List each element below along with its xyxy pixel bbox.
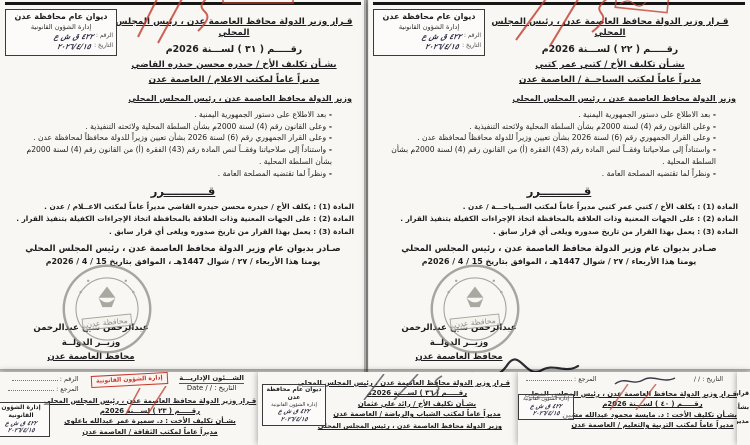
date-field: التاريخ : / / bbox=[694, 374, 723, 384]
handwritten-note bbox=[613, 374, 677, 388]
admin-header-row: الشـــئون الإداريـــة التاريخ : / / Date… bbox=[0, 372, 258, 395]
decree-title-block: قـرار وزير الدولة محافظ العاصمة عدن ، رئ… bbox=[114, 17, 354, 87]
decree-title-block: قـرار وزير الدولة محافظ العاصمة عدن ، رئ… bbox=[482, 17, 738, 87]
number-label: الرقم : bbox=[96, 33, 113, 41]
cutoff-word: بشأن bbox=[737, 400, 749, 414]
legal-box-title: ديوان عام محافظة عدن bbox=[377, 12, 481, 23]
decree-page-bottom-youth-sports: قـرار وزير الدولة محافظ العاصمة عدن ، رئ… bbox=[258, 372, 518, 445]
issued-line: صـادر بديوان عام وزير الدولة محافظ العاص… bbox=[0, 244, 366, 254]
handwritten-date: ٢٠٢٦/٤/١٥ bbox=[424, 42, 460, 52]
legal-affairs-box: ديوان عام محافظة عدن إدارة الشؤون القانو… bbox=[373, 9, 485, 56]
handwritten-number: ٤٢٢ ق ش ع bbox=[421, 32, 463, 42]
legal-box-subtitle: إدارة الشؤون القانونية bbox=[0, 404, 47, 420]
legal-box-subtitle: إدارة الشؤون القانونية bbox=[9, 23, 113, 32]
authority-line: وزير الدولة محافظ العاصمة عدن ، رئيس الم… bbox=[368, 94, 736, 103]
decree-number: رقـــــم ( ٣٦ ) لســـنة 2026م bbox=[324, 388, 510, 398]
legal-box-title: ديوان عام محافظة عدن bbox=[265, 386, 323, 402]
decree-title-block: قـرار وزير الدولة محافظ العاصمة عدن ، رئ… bbox=[42, 396, 258, 437]
preamble-item: وعلى القرار الجمهوري رقم (6) لسنة 2026 ب… bbox=[376, 132, 716, 144]
decree-position: مديراً عاماً لمكتب السياحــة / العاصمة ع… bbox=[482, 75, 738, 86]
preamble-item: وعلى القرار الجمهوري رقم (6) لسنة 2026 ب… bbox=[8, 132, 332, 144]
preamble-list: بعد الاطلاع على دستور الجمهورية اليمنية … bbox=[8, 109, 332, 180]
preamble-item: وعلى القانون رقم (4) لسنة 2000م بشأن الس… bbox=[8, 121, 332, 133]
admin-affairs-header: الشـــئون الإداريـــة التاريخ : / / Date bbox=[179, 374, 244, 393]
admin-header-row: التاريخ : / / المرجع : bbox=[518, 372, 737, 388]
date-en-label: Date bbox=[187, 384, 203, 392]
admin-affairs-label: الشـــئون الإداريـــة bbox=[179, 374, 244, 384]
preamble-item: وعلى القانون رقم (4) لسنة 2000م بشأن الس… bbox=[376, 121, 716, 133]
official-seal-icon: محافظة عدن bbox=[428, 262, 522, 356]
article-2: المادة (2) : على الجهات المعنية وذات الع… bbox=[374, 213, 738, 226]
preamble-item: بعد الاطلاع على دستور الجمهورية اليمنية … bbox=[376, 109, 716, 121]
articles-block: المادة (1) : يكلف الأخ / كتبي عمر كتبي م… bbox=[374, 201, 738, 239]
handwritten-number: ٤٢٢ ق ش ع bbox=[53, 32, 95, 42]
page-gap-shadow bbox=[364, 0, 369, 372]
issue-date-line: يومنا هذا الأربعاء / ٢٧ / شوال 1447هـ ، … bbox=[368, 257, 750, 266]
decree-subject: بشـأن تكليف الأخ / رائد علي عثمان bbox=[324, 399, 510, 409]
decree-title: قـرار وزير الدولة محافظ العاصمة عدن ، رئ… bbox=[568, 389, 737, 399]
scanned-decrees-composite: ديوان عام محافظة عدن إدارة الشؤون القانو… bbox=[0, 0, 750, 445]
decree-subject: بشـأن تكليف الأخت : د. سميرة عمر عبدالله… bbox=[42, 416, 258, 426]
decree-position: مديراً عاماً لمكتب الاعلام / العاصمة عدن bbox=[114, 75, 354, 86]
decree-title-block: قـرار وزير الدولة محافظ العاصمة عدن ، رئ… bbox=[568, 389, 737, 430]
preamble-item: ونظراً لما تقتضيه المصلحة العامة . bbox=[376, 168, 716, 180]
cutoff-word: مدير bbox=[737, 414, 749, 428]
date-label: التاريخ : bbox=[94, 43, 113, 51]
legal-affairs-box: إدارة الشؤون القانونية ٤٢٢ ق ش ع ٢٠٢٦/٤/… bbox=[0, 402, 50, 437]
number-label: الرقم : bbox=[60, 375, 79, 383]
decree-page-left: ديوان عام محافظة عدن إدارة الشؤون القانو… bbox=[0, 0, 366, 372]
issued-line: صـادر بديوان عام وزير الدولة محافظ العاص… bbox=[368, 244, 750, 254]
legal-affairs-box: ديوان عام محافظة عدن إدارة الشؤون القانو… bbox=[262, 384, 326, 426]
top-rule bbox=[373, 2, 745, 5]
page-edge-sliver: قرار بشأن مدير bbox=[737, 372, 750, 445]
article-3: المادة (3) : يعمل بهذا القرار من تاريخ ص… bbox=[6, 226, 354, 239]
legal-box-subtitle: إدارة الشؤون القانونية bbox=[521, 396, 571, 403]
legal-box-subtitle: إدارة الشؤون القانونية bbox=[377, 23, 481, 32]
handwritten-date: ٢٠٢٦/٤/١٥ bbox=[264, 416, 324, 424]
decree-page-bottom-education: التاريخ : / / المرجع : قـرار وزير الدولة… bbox=[518, 372, 737, 445]
legal-affairs-red-stamp: إدارة الشؤون القانونية bbox=[90, 372, 167, 387]
decree-subject: بشـأن تكليف الأخ / كتبي عمر كتبي bbox=[482, 60, 738, 71]
legal-affairs-box: إدارة الشؤون القانونية ٤٢٢ ق ش ع ٢٠٢٦/٤/… bbox=[518, 394, 574, 420]
date-field-label: التاريخ : / / bbox=[205, 384, 236, 392]
reference-label: المرجع : bbox=[574, 375, 596, 383]
official-seal-icon: محافظة عدن bbox=[60, 262, 154, 356]
decree-title: قـرار وزير الدولة محافظ العاصمة عدن ، رئ… bbox=[42, 396, 258, 406]
decree-subject: بشـأن تكليف الأخت : د. مايسة محمود عبدال… bbox=[568, 410, 737, 420]
article-1: المادة (1) : يكلف الأخ / كتبي عمر كتبي م… bbox=[374, 201, 738, 214]
decree-number: رقـــــم ( ٣١ ) لســـنة 2026م bbox=[114, 44, 354, 56]
decree-number: رقـــــم ( ٢٢ ) لســـنة 2026م bbox=[482, 44, 738, 56]
reference-label: المرجع : bbox=[56, 385, 78, 393]
decree-word: قـــــــــــرر bbox=[0, 184, 366, 198]
decree-position: مديراً عاماً لمكتب التربية والتعليم / ال… bbox=[568, 420, 737, 430]
decree-number: رقـــــم ( ٤٠ ) لســـنة 2026م bbox=[568, 399, 737, 409]
preamble-item: واستناداً إلى صلاحياتنا وفقــاً لنص الما… bbox=[8, 144, 332, 168]
handwritten-number: ٤٢٢ ق ش ع bbox=[264, 408, 324, 416]
date-field-label: التاريخ : / / bbox=[694, 375, 723, 383]
article-2: المادة (2) : على الجهات المعنية وذات الع… bbox=[6, 213, 354, 226]
cutoff-word: قرار bbox=[737, 386, 749, 400]
authority-line: وزير الدولة محافظ العاصمة عدن ، رئيس الم… bbox=[0, 94, 352, 103]
date-label: التاريخ : bbox=[462, 43, 481, 51]
decree-title: قـرار وزير الدولة محافظ العاصمة عدن ، رئ… bbox=[114, 17, 354, 40]
number-reference-fields: الرقم : المرجع : bbox=[8, 374, 79, 395]
preamble-item: ونظراً لما تقتضيه المصلحة العامة . bbox=[8, 168, 332, 180]
preamble-item: واستناداً إلى صلاحياتنا وفقــاً لنص الما… bbox=[376, 144, 716, 168]
issue-date-line: يومنا هذا الأربعاء / ٢٧ / شوال 1447هـ ، … bbox=[0, 257, 366, 266]
cutoff-words: قرار بشأن مدير bbox=[737, 372, 750, 428]
handwritten-date: ٢٠٢٦/٤/١٥ bbox=[56, 42, 92, 52]
handwritten-date: ٢٠٢٦/٤/١٥ bbox=[520, 410, 572, 418]
number-label: الرقم : bbox=[464, 33, 481, 41]
decree-page-bottom-culture: الشـــئون الإداريـــة التاريخ : / / Date… bbox=[0, 372, 258, 445]
legal-affairs-box: ديوان عام محافظة عدن إدارة الشؤون القانو… bbox=[5, 9, 117, 56]
decree-title-block: قـرار وزير الدولة محافظ العاصمة عدن ، رئ… bbox=[324, 378, 510, 419]
articles-block: المادة (1) : يكلف الأخ / حيدره محسن حيدر… bbox=[6, 201, 354, 239]
preamble-list: بعد الاطلاع على دستور الجمهورية اليمنية … bbox=[376, 109, 716, 180]
decree-position: مديراً عاماً لمكتب الشباب والرياضة / الع… bbox=[324, 409, 510, 419]
reference-field: المرجع : bbox=[526, 374, 597, 384]
top-rule bbox=[5, 2, 361, 5]
preamble-item: بعد الاطلاع على دستور الجمهورية اليمنية … bbox=[8, 109, 332, 121]
article-1: المادة (1) : يكلف الأخ / حيدره محسن حيدر… bbox=[6, 201, 354, 214]
decree-page-right: ديوان عام محافظة عدن إدارة الشؤون القانو… bbox=[368, 0, 750, 372]
decree-position: مديراً عاماً لمكتب الثقافة / العاصمة عدن bbox=[42, 427, 258, 437]
decree-title: قـرار وزير الدولة محافظ العاصمة عدن ، رئ… bbox=[324, 378, 510, 388]
decree-subject: بشـأن تكليف الأخ / حيدره محسن حيدره القا… bbox=[114, 60, 354, 71]
article-3: المادة (3) : يعمل بهذا القرار من تاريخ ص… bbox=[374, 226, 738, 239]
legal-box-title: ديوان عام محافظة عدن bbox=[9, 12, 113, 23]
decree-number: رقـــــم ( ٢٣ ) لســـنة 2026م bbox=[42, 406, 258, 416]
decree-title: قـرار وزير الدولة محافظ العاصمة عدن ، رئ… bbox=[482, 17, 738, 40]
handwritten-date: ٢٠٢٦/٤/١٥ bbox=[0, 427, 48, 435]
decree-word: قـــــــــــرر bbox=[368, 184, 750, 198]
